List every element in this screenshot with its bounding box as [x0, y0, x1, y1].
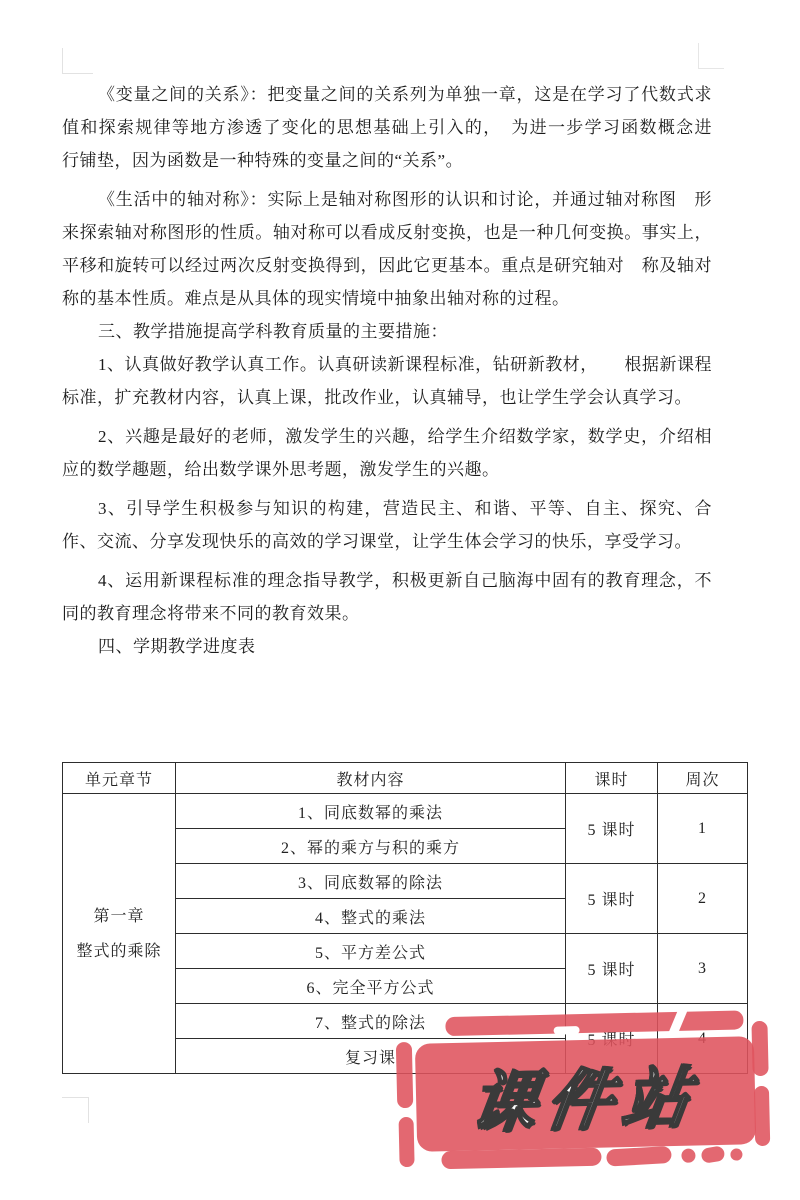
stamp-border-bottom	[700, 1145, 725, 1164]
lesson-cell: 3、同底数幂的除法	[176, 864, 566, 899]
page-margin-mark-bottom-left	[62, 1097, 89, 1123]
page-margin-mark-top-left	[62, 48, 93, 74]
section3-heading: 三、教学措施提高学科教育质量的主要措施：	[62, 315, 712, 348]
stamp-border-right	[754, 1086, 770, 1146]
teaching-schedule-table: 单元章节 教材内容 课时 周次 第一章 整式的乘除 1、同底数幂的乘法 5 课时…	[62, 762, 748, 1074]
stamp-border-bottom	[441, 1148, 601, 1170]
lesson-cell: 4、整式的乘法	[176, 899, 566, 934]
lesson-cell: 1、同底数幂的乘法	[176, 794, 566, 829]
lesson-cell: 6、完全平方公式	[176, 969, 566, 1004]
lesson-cell: 2、幂的乘方与积的乘方	[176, 829, 566, 864]
table-header-row: 单元章节 教材内容 课时 周次	[63, 763, 748, 794]
hours-cell: 5 课时	[566, 864, 658, 934]
lesson-cell: 7、整式的除法	[176, 1004, 566, 1039]
hours-cell: 5 课时	[566, 1004, 658, 1074]
paragraph-measure-4: 4、运用新课程标准的理念指导教学，积极更新自己脑海中固有的教育理念，不同的教育理…	[62, 564, 712, 630]
paragraph-measure-2: 2、兴趣是最好的老师，激发学生的兴趣，给学生介绍数学家，数学史，介绍相应的数学趣…	[62, 420, 712, 486]
stamp-border-bottom	[606, 1146, 672, 1167]
lesson-cell: 复习课	[176, 1039, 566, 1074]
hours-cell: 5 课时	[566, 934, 658, 1004]
stamp-border-bottom	[681, 1148, 695, 1162]
chapter-cell: 第一章 整式的乘除	[63, 794, 176, 1074]
lesson-cell: 5、平方差公式	[176, 934, 566, 969]
week-cell: 2	[658, 864, 748, 934]
col-header-class-hours: 课时	[566, 763, 658, 794]
stamp-border-left	[399, 1117, 415, 1167]
paragraph-measure-1: 1、认真做好教学认真工作。认真研读新课程标准，钻研新教材， 根据新课程标准，扩充…	[62, 348, 712, 414]
paragraph-measure-3: 3、引导学生积极参与知识的构建，营造民主、和谐、平等、自主、探究、合作、交流、分…	[62, 492, 712, 558]
col-header-week-number: 周次	[658, 763, 748, 794]
section4-heading: 四、学期教学进度表	[62, 630, 712, 663]
stamp-border-right	[751, 1021, 768, 1076]
chapter-line1: 第一章	[63, 899, 175, 934]
paragraph-variable-relations: 《变量之间的关系》：把变量之间的关系列为单独一章，这是在学习了代数式求 值和探索…	[62, 78, 712, 177]
stamp-border-bottom	[730, 1148, 742, 1160]
week-cell: 3	[658, 934, 748, 1004]
table-row: 第一章 整式的乘除 1、同底数幂的乘法 5 课时 1	[63, 794, 748, 829]
page-margin-mark-top-right	[698, 43, 724, 69]
paragraph-axial-symmetry: 《生活中的轴对称》：实际上是轴对称图形的认识和讨论，并通过轴对称图 形来探索轴对…	[62, 183, 712, 315]
chapter-line2: 整式的乘除	[63, 934, 175, 969]
hours-cell: 5 课时	[566, 794, 658, 864]
col-header-material-content: 教材内容	[176, 763, 566, 794]
week-cell: 4	[658, 1004, 748, 1074]
document-body: 《变量之间的关系》：把变量之间的关系列为单独一章，这是在学习了代数式求 值和探索…	[62, 78, 712, 663]
week-cell: 1	[658, 794, 748, 864]
col-header-unit-chapter: 单元章节	[63, 763, 176, 794]
